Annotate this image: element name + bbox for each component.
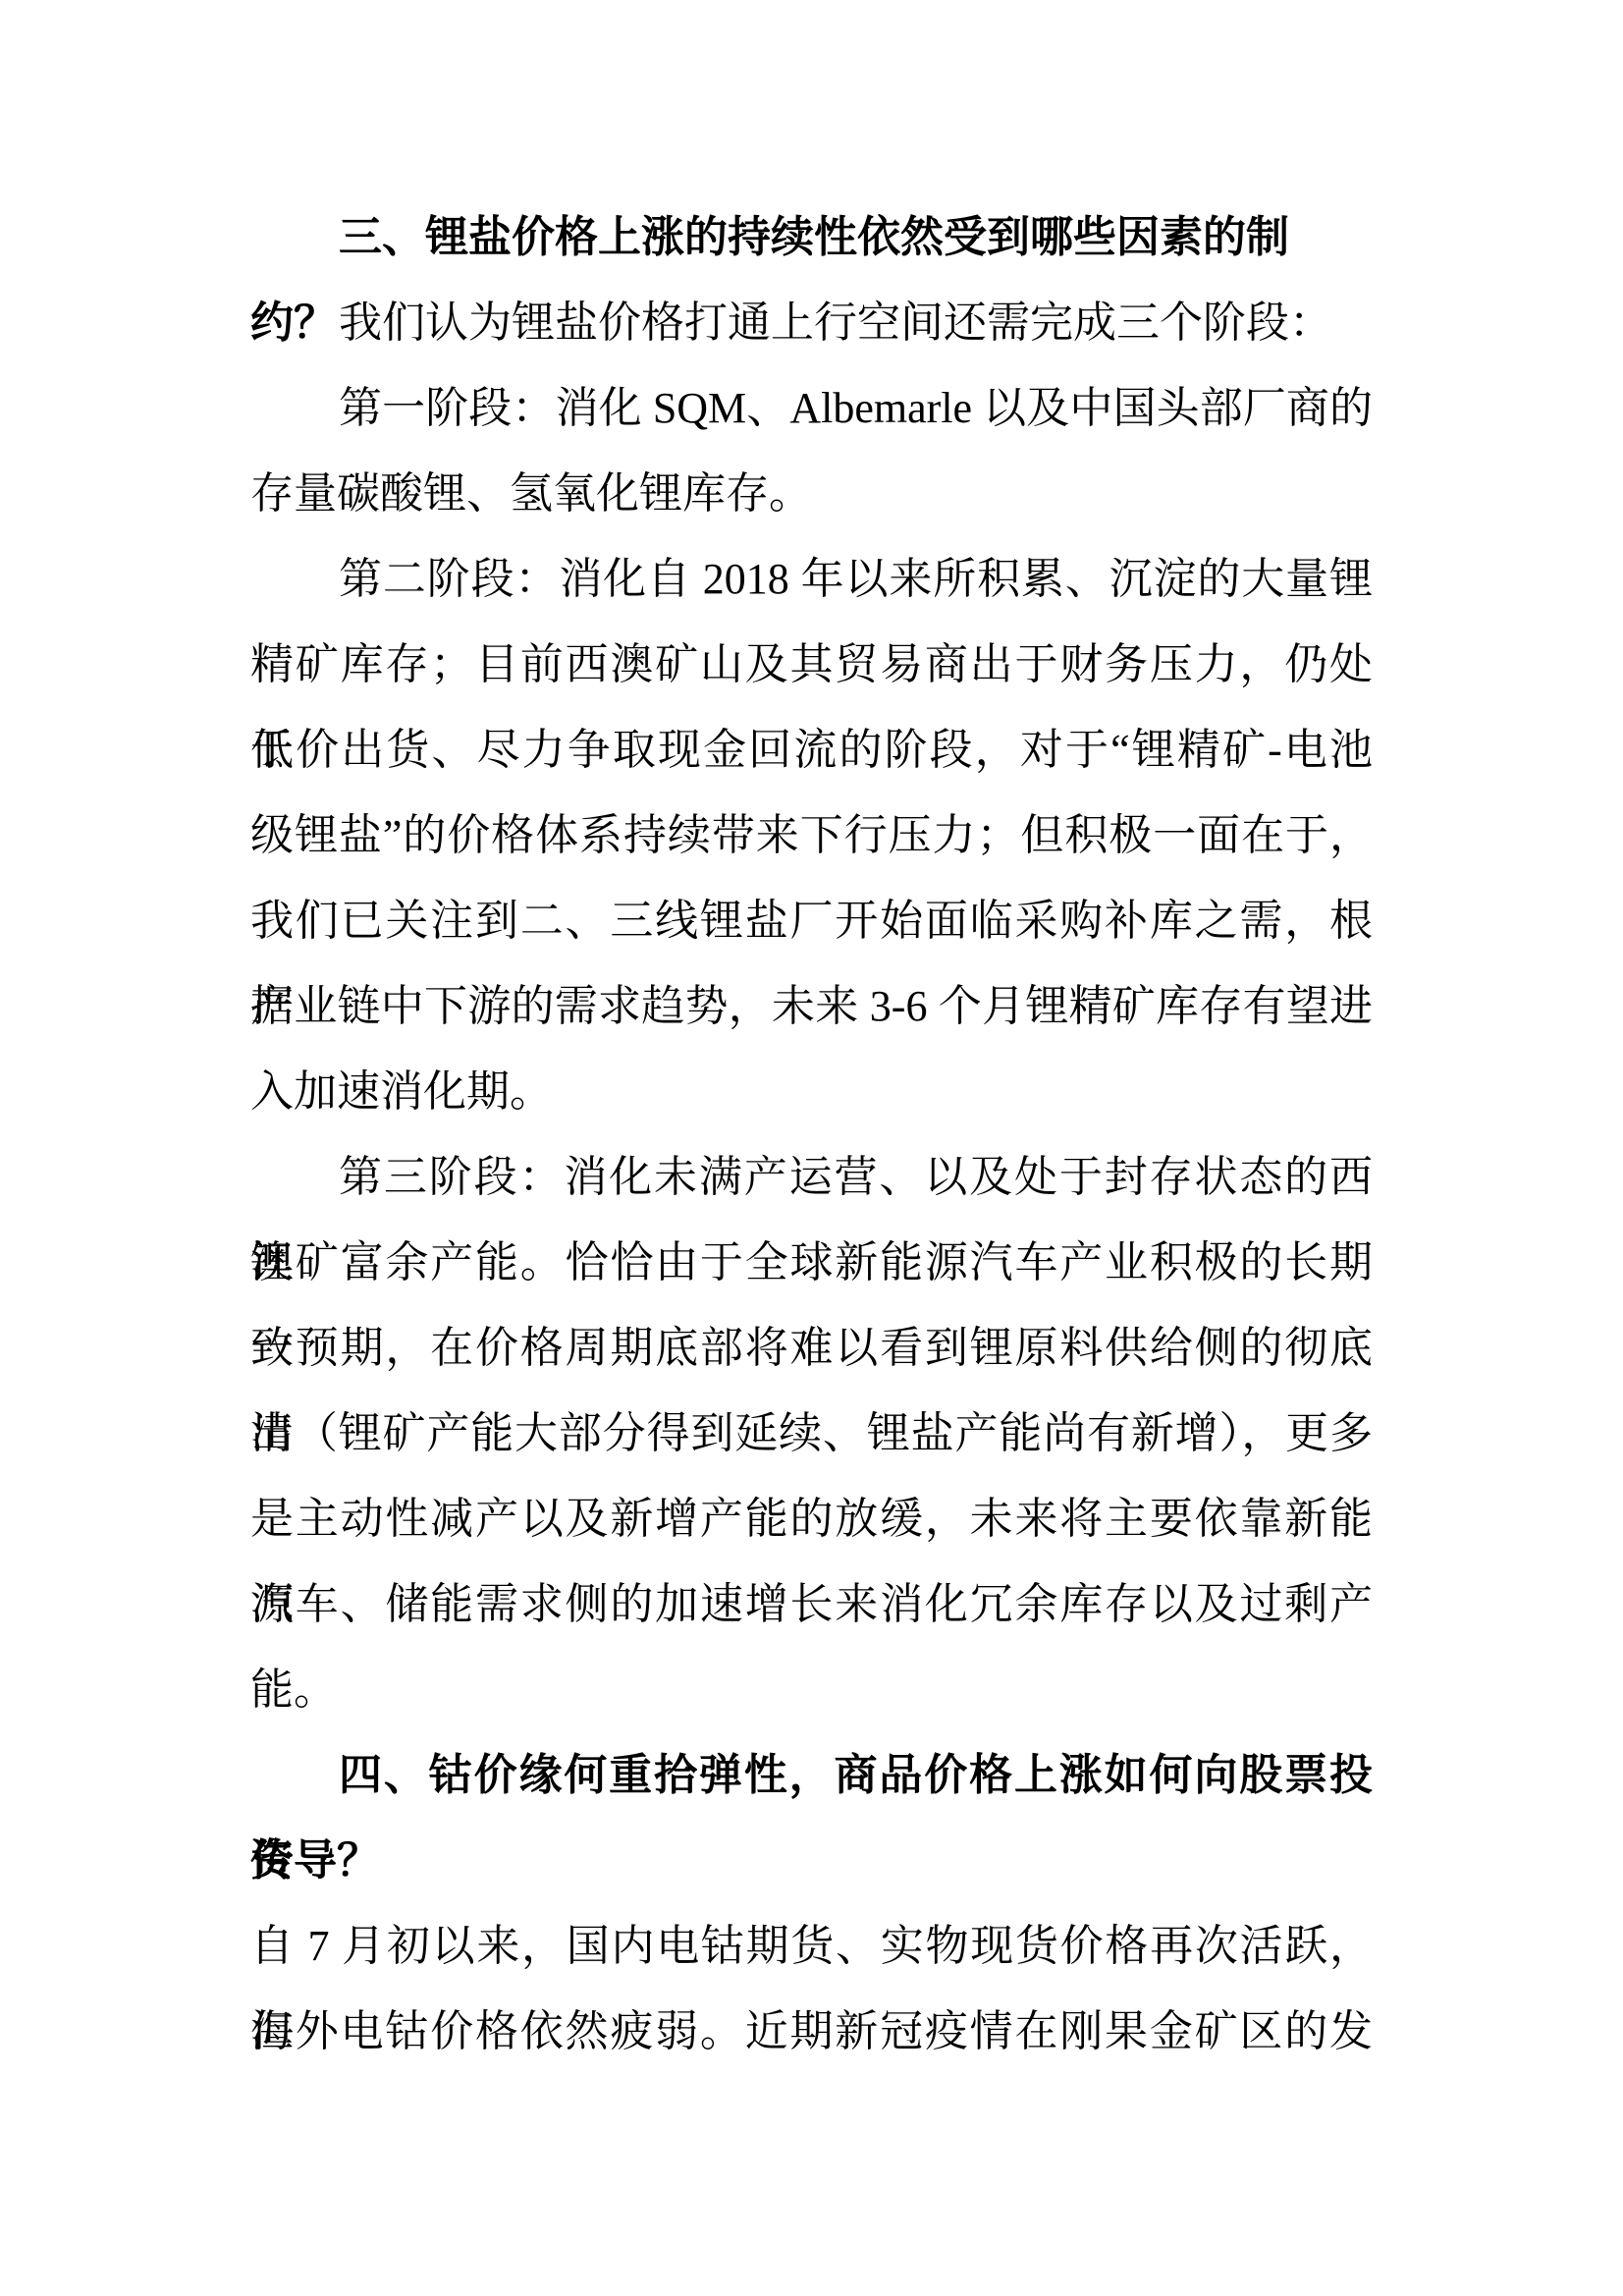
paragraph-line: 级锂盐”的价格体系持续带来下行压力；但积极一面在于， — [250, 793, 1373, 878]
paragraph-line: 是主动性减产以及新增产能的放缓，未来将主要依靠新能源 — [250, 1476, 1373, 1561]
paragraph-line: 第一阶段：消化 SQM、Albemarle 以及中国头部厂商的 — [250, 365, 1373, 451]
paragraph-line: 入加速消化期。 — [250, 1049, 1373, 1134]
paragraph-line: 精矿库存；目前西澳矿山及其贸易商出于财务压力，仍处于 — [250, 622, 1373, 707]
paragraph-line: 汽车、储能需求侧的加速增长来消化冗余库存以及过剩产 — [250, 1561, 1373, 1647]
paragraph-line: 锂矿富余产能。恰恰由于全球新能源汽车产业积极的长期一 — [250, 1220, 1373, 1305]
paragraph-line: 存量碳酸锂、氢氧化锂库存。 — [250, 451, 1373, 536]
document-page: 三、锂盐价格上涨的持续性依然受到哪些因素的制约？我们认为锂盐价格打通上行空间还需… — [0, 0, 1623, 2296]
paragraph-line: 能。 — [250, 1647, 1373, 1732]
paragraph-line: 海外电钴价格依然疲弱。近期新冠疫情在刚果金矿区的发 — [250, 1989, 1373, 2074]
paragraph-line: 第三阶段：消化未满产运营、以及处于封存状态的西澳 — [250, 1134, 1373, 1220]
document-text-block: 三、锂盐价格上涨的持续性依然受到哪些因素的制约？我们认为锂盐价格打通上行空间还需… — [250, 194, 1373, 2074]
paragraph-line: 低价出货、尽力争取现金回流的阶段，对于“锂精矿-电池 — [250, 707, 1373, 793]
paragraph-line: 致预期，在价格周期底部将难以看到锂原料供给侧的彻底出 — [250, 1305, 1373, 1391]
paragraph-line: 我们已关注到二、三线锂盐厂开始面临采购补库之需，根据 — [250, 878, 1373, 963]
paragraph-line: 自 7 月初以来，国内电钴期货、实物现货价格再次活跃，但 — [250, 1903, 1373, 1989]
paragraph-line: 第二阶段：消化自 2018 年以来所积累、沉淀的大量锂 — [250, 536, 1373, 622]
paragraph-line: 产业链中下游的需求趋势，未来 3-6 个月锂精矿库存有望进 — [250, 963, 1373, 1049]
section-heading-line: 四、钴价缘何重拾弹性，商品价格上涨如何向股票投资 — [250, 1732, 1373, 1818]
section-heading-line: 传导？ — [250, 1818, 1373, 1903]
section-heading-line: 三、锂盐价格上涨的持续性依然受到哪些因素的制约？ — [250, 194, 1373, 280]
paragraph-line: 我们认为锂盐价格打通上行空间还需完成三个阶段： — [250, 280, 1373, 365]
paragraph-line: 清（锂矿产能大部分得到延续、锂盐产能尚有新增），更多 — [250, 1391, 1373, 1476]
